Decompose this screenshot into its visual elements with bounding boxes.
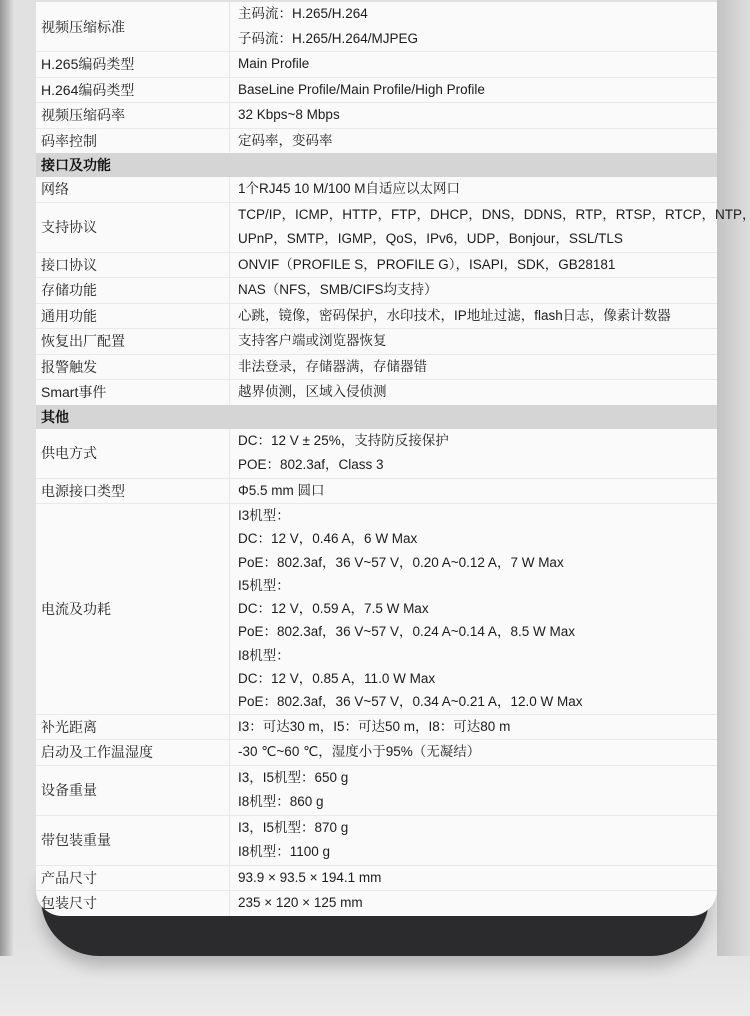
spec-value: 主码流：H.265/H.264 子码流：H.265/H.264/MJPEG	[230, 2, 717, 51]
spec-value: NAS（NFS，SMB/CIFS均支持）	[230, 278, 717, 303]
spec-label: 存储功能	[36, 278, 230, 303]
spec-value: -30 ℃~60 ℃，湿度小于95%（无凝结）	[230, 740, 717, 765]
spec-label: 产品尺寸	[36, 866, 230, 891]
spec-value: Φ5.5 mm 圆口	[230, 479, 717, 504]
table-row: 电流及功耗 I3机型： DC：12 V，0.46 A，6 W Max PoE：8…	[36, 503, 717, 714]
table-row: H.264编码类型 BaseLine Profile/Main Profile/…	[36, 77, 717, 103]
table-row: 通用功能 心跳，镜像，密码保护，水印技术，IP地址过滤，flash日志，像素计数…	[36, 303, 717, 329]
spec-value: I3，I5机型：650 g I8机型：860 g	[230, 766, 717, 815]
spec-page: 视频压缩标准 主码流：H.265/H.264 子码流：H.265/H.264/M…	[0, 0, 750, 1016]
spec-value: TCP/IP，ICMP，HTTP，FTP，DHCP，DNS，DDNS，RTP，R…	[230, 203, 750, 252]
table-row: 存储功能 NAS（NFS，SMB/CIFS均支持）	[36, 277, 717, 303]
table-row: 带包装重量 I3，I5机型：870 g I8机型：1100 g	[36, 815, 717, 865]
section-header-others: 其他	[36, 405, 717, 429]
spec-value: 1个RJ45 10 M/100 M自适应以太网口	[230, 177, 717, 202]
table-row: 报警触发 非法登录，存储器满，存储器错	[36, 354, 717, 380]
spec-value: I3：可达30 m，I5：可达50 m，I8：可达80 m	[230, 715, 717, 740]
spec-label: 带包装重量	[36, 816, 230, 865]
spec-value: 定码率，变码率	[230, 129, 717, 154]
table-row: 接口协议 ONVIF（PROFILE S，PROFILE G），ISAPI，SD…	[36, 252, 717, 278]
table-row: 供电方式 DC：12 V ± 25%，支持防反接保护 POE：802.3af，C…	[36, 429, 717, 478]
section-others: 供电方式 DC：12 V ± 25%，支持防反接保护 POE：802.3af，C…	[36, 429, 717, 916]
right-edge-shadow	[717, 0, 750, 956]
spec-label: 电流及功耗	[36, 504, 230, 714]
spec-value: 支持客户端或浏览器恢复	[230, 329, 717, 354]
spec-label: 视频压缩标准	[36, 2, 230, 51]
table-row: 恢复出厂配置 支持客户端或浏览器恢复	[36, 328, 717, 354]
spec-value: 32 Kbps~8 Mbps	[230, 103, 717, 128]
spec-value: Main Profile	[230, 52, 717, 77]
spec-label: 接口协议	[36, 253, 230, 278]
table-row: 视频压缩标准 主码流：H.265/H.264 子码流：H.265/H.264/M…	[36, 2, 717, 51]
table-row: 设备重量 I3，I5机型：650 g I8机型：860 g	[36, 765, 717, 815]
spec-label: 电源接口类型	[36, 479, 230, 504]
spec-label: 启动及工作温湿度	[36, 740, 230, 765]
spec-label: H.265编码类型	[36, 52, 230, 77]
table-row: 支持协议 TCP/IP，ICMP，HTTP，FTP，DHCP，DNS，DDNS，…	[36, 202, 717, 252]
section-interfaces: 网络 1个RJ45 10 M/100 M自适应以太网口 支持协议 TCP/IP，…	[36, 177, 717, 405]
spec-label: 视频压缩码率	[36, 103, 230, 128]
table-row: Smart事件 越界侦测，区域入侵侦测	[36, 379, 717, 405]
spec-table: 视频压缩标准 主码流：H.265/H.264 子码流：H.265/H.264/M…	[36, 2, 717, 916]
spec-value: 越界侦测，区域入侵侦测	[230, 380, 717, 405]
spec-label: 报警触发	[36, 355, 230, 380]
spec-label: 支持协议	[36, 203, 230, 252]
spec-value: 心跳，镜像，密码保护，水印技术，IP地址过滤，flash日志，像素计数器	[230, 304, 717, 329]
spec-label: 码率控制	[36, 129, 230, 154]
spec-label: 供电方式	[36, 429, 230, 478]
table-row: 包装尺寸 235 × 120 × 125 mm	[36, 890, 717, 916]
table-row: 视频压缩码率 32 Kbps~8 Mbps	[36, 102, 717, 128]
section-header-interfaces: 接口及功能	[36, 153, 717, 177]
spec-value: 非法登录，存储器满，存储器错	[230, 355, 717, 380]
spec-label: H.264编码类型	[36, 78, 230, 103]
spec-label: Smart事件	[36, 380, 230, 405]
spec-value: I3，I5机型：870 g I8机型：1100 g	[230, 816, 717, 865]
spec-label: 包装尺寸	[36, 891, 230, 916]
spec-label: 恢复出厂配置	[36, 329, 230, 354]
spec-value: I3机型： DC：12 V，0.46 A，6 W Max PoE：802.3af…	[230, 504, 717, 714]
spec-value: 235 × 120 × 125 mm	[230, 891, 717, 916]
table-row: 启动及工作温湿度 -30 ℃~60 ℃，湿度小于95%（无凝结）	[36, 739, 717, 765]
table-row: 产品尺寸 93.9 × 93.5 × 194.1 mm	[36, 865, 717, 891]
spec-value: DC：12 V ± 25%，支持防反接保护 POE：802.3af，Class …	[230, 429, 717, 478]
table-row: 电源接口类型 Φ5.5 mm 圆口	[36, 478, 717, 504]
spec-label: 设备重量	[36, 766, 230, 815]
spec-value: BaseLine Profile/Main Profile/High Profi…	[230, 78, 717, 103]
table-row: 网络 1个RJ45 10 M/100 M自适应以太网口	[36, 177, 717, 202]
spec-label: 网络	[36, 177, 230, 202]
spec-value: 93.9 × 93.5 × 194.1 mm	[230, 866, 717, 891]
section-video-encoding: 视频压缩标准 主码流：H.265/H.264 子码流：H.265/H.264/M…	[36, 2, 717, 153]
left-edge-shadow	[0, 0, 14, 956]
spec-value: ONVIF（PROFILE S，PROFILE G），ISAPI，SDK，GB2…	[230, 253, 717, 278]
table-row: 补光距离 I3：可达30 m，I5：可达50 m，I8：可达80 m	[36, 714, 717, 740]
spec-label: 通用功能	[36, 304, 230, 329]
table-row: 码率控制 定码率，变码率	[36, 128, 717, 154]
spec-label: 补光距离	[36, 715, 230, 740]
table-row: H.265编码类型 Main Profile	[36, 51, 717, 77]
